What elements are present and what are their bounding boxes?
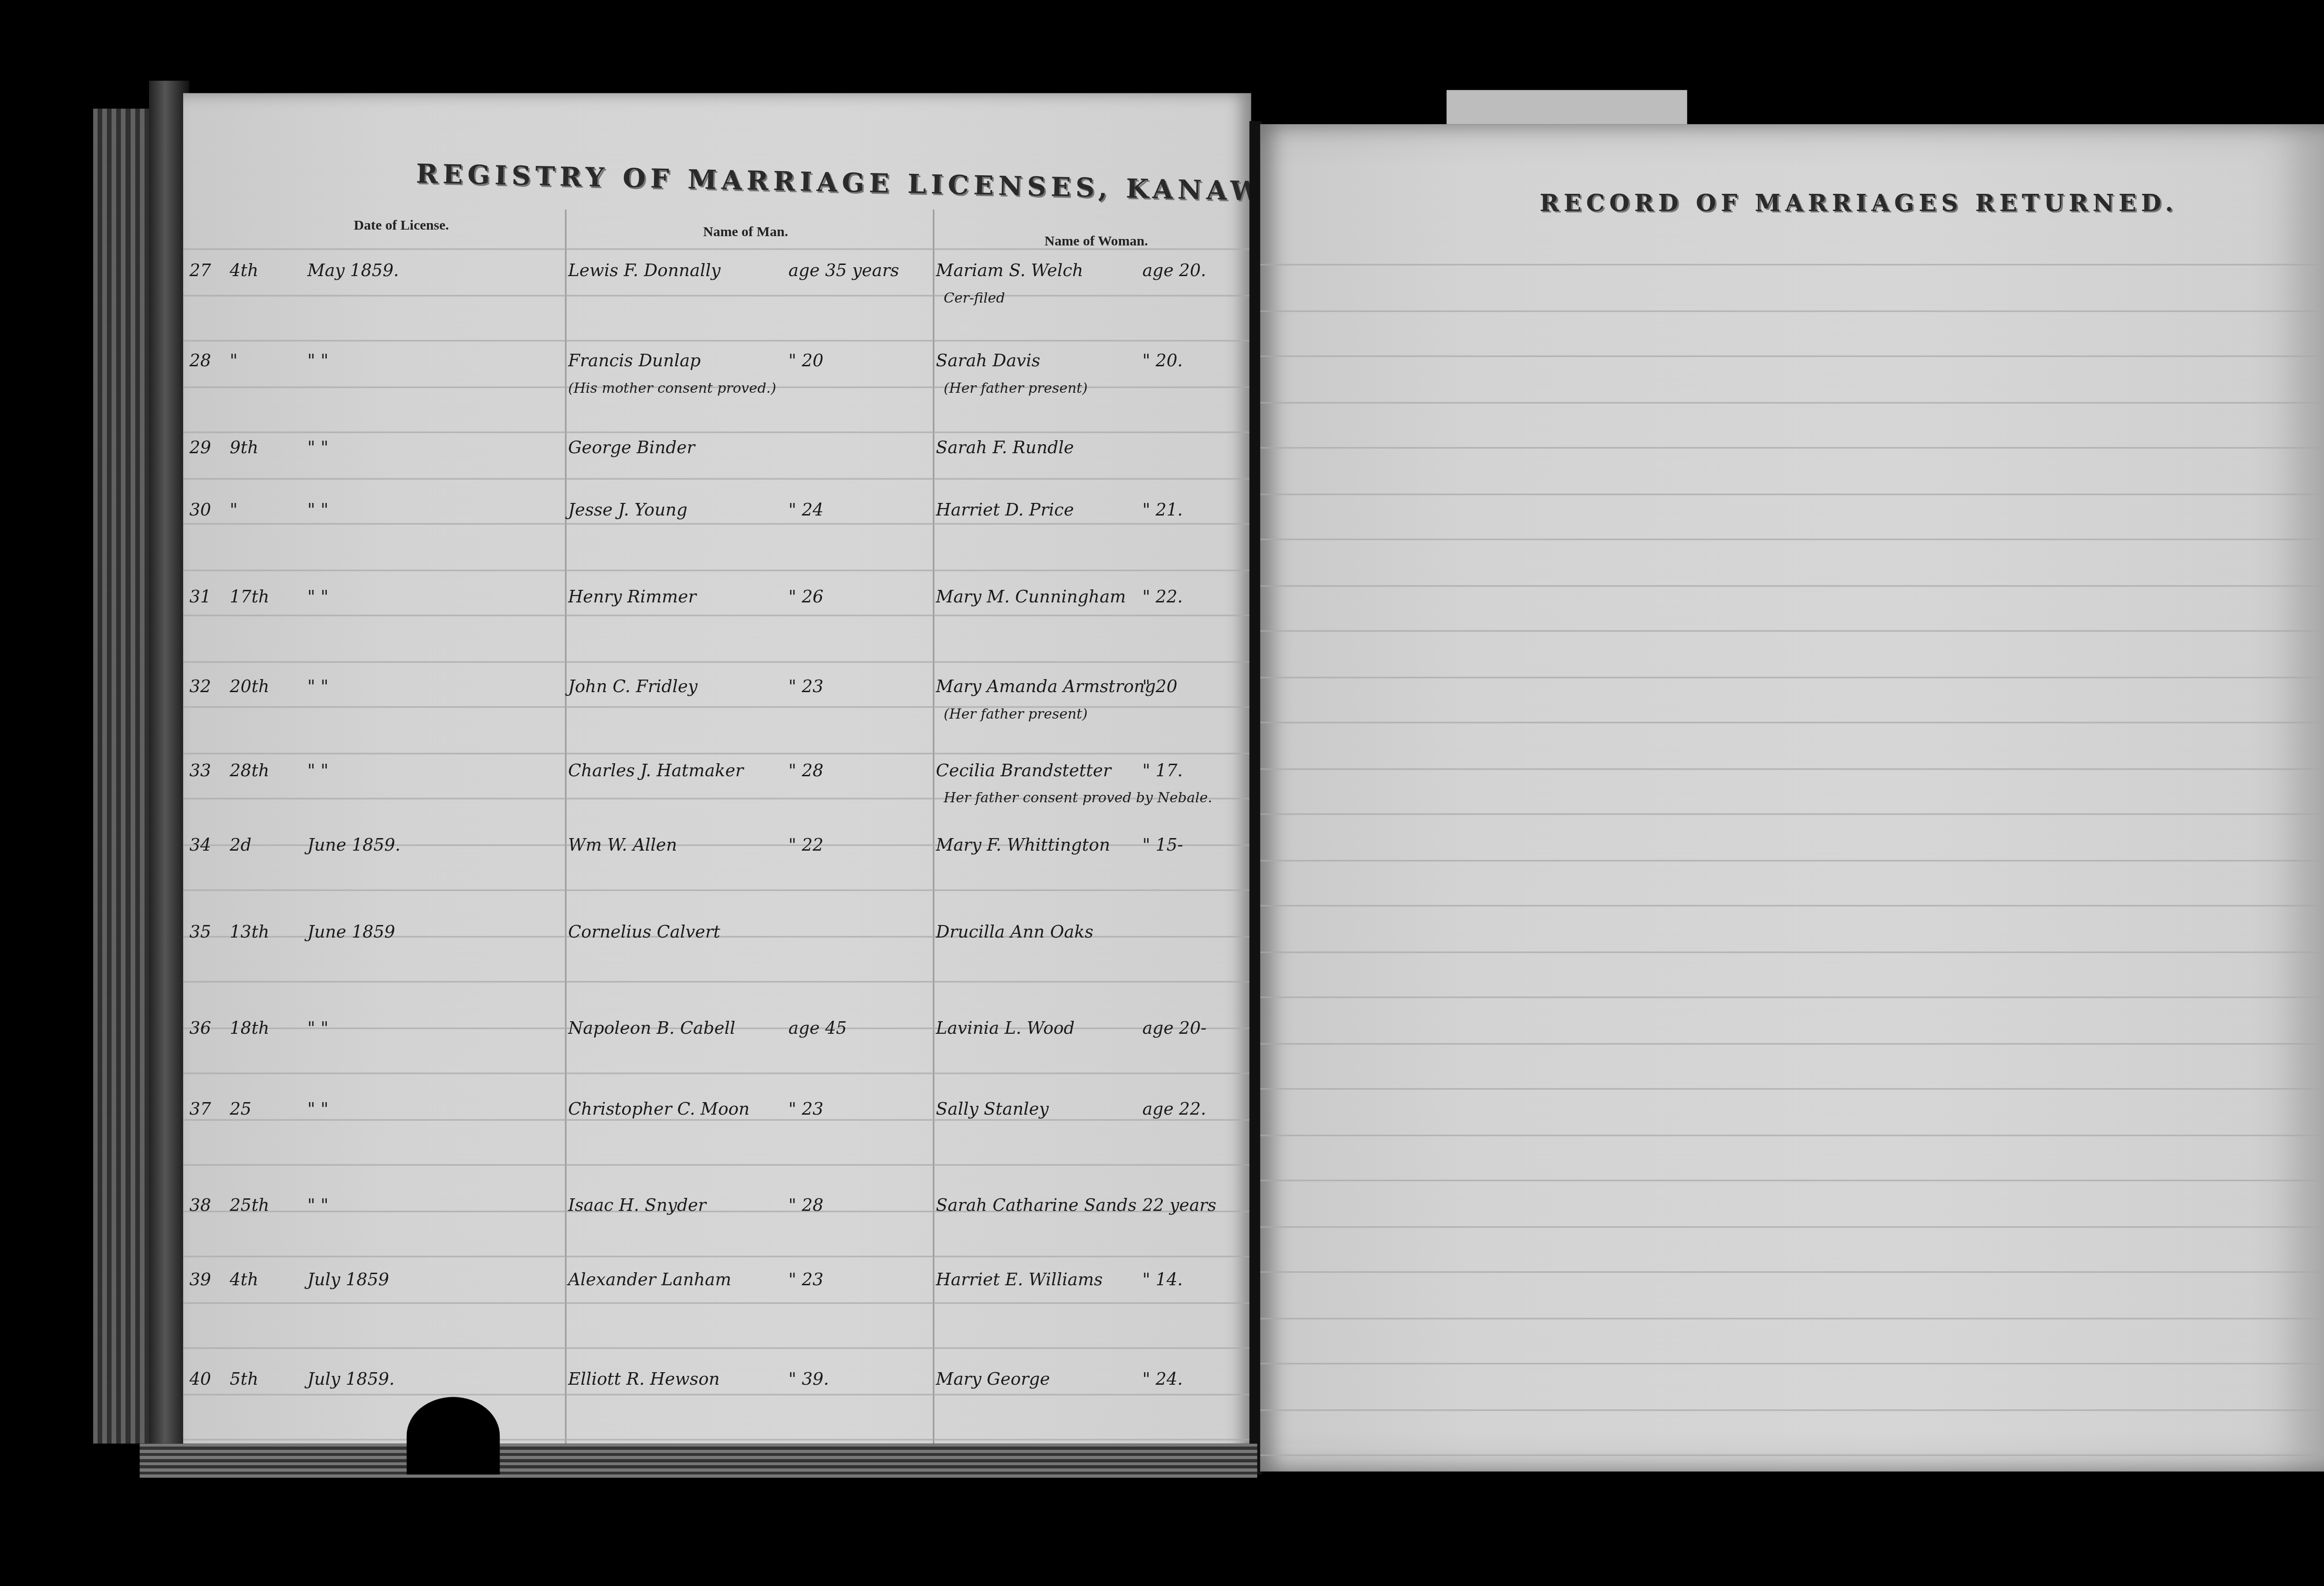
ruled-line — [1261, 1271, 2324, 1273]
entry-number: 37 — [189, 1099, 211, 1119]
thumb-shadow — [407, 1397, 500, 1474]
woman-name: Sarah F. Rundle — [936, 438, 1074, 458]
license-day: 17th — [230, 587, 269, 607]
woman-age: age 20. — [1142, 261, 1206, 281]
ruled-line — [1261, 905, 2324, 906]
woman-name: Mary Amanda Armstrong — [936, 677, 1156, 697]
column-header-man: Name of Man. — [703, 224, 788, 239]
license-day: " — [230, 351, 238, 371]
ruled-line — [1261, 951, 2324, 952]
man-name: Francis Dunlap — [568, 351, 700, 371]
man-age: " 23 — [788, 1270, 823, 1290]
ruled-line — [183, 431, 1251, 433]
woman-age: " 24. — [1142, 1369, 1183, 1389]
book-scan: REGISTRY OF MARRIAGE LICENSES, KANAWHA C… — [0, 0, 2324, 1586]
man-name: Jesse J. Young — [568, 500, 687, 520]
license-month-year: June 1859 — [307, 922, 395, 942]
ruled-line — [1261, 1225, 2324, 1227]
left-page: REGISTRY OF MARRIAGE LICENSES, KANAWHA C… — [183, 93, 1251, 1459]
entry-number: 28 — [189, 351, 211, 371]
ruled-line — [1261, 630, 2324, 632]
man-note: (His mother consent proved.) — [568, 382, 776, 397]
license-month-year: June 1859. — [307, 835, 401, 855]
woman-name: Drucilla Ann Oaks — [936, 922, 1094, 942]
ruled-line — [1261, 722, 2324, 723]
man-name: Wm W. Allen — [568, 835, 677, 855]
woman-note: (Her father present) — [944, 382, 1088, 397]
license-day: 5th — [230, 1369, 258, 1389]
ruled-line — [1261, 813, 2324, 815]
license-month-year: " " — [307, 760, 328, 780]
ruled-line — [1261, 539, 2324, 540]
man-age: " 24 — [788, 500, 823, 520]
license-month-year: July 1859. — [307, 1369, 395, 1389]
woman-age: " 15- — [1142, 835, 1183, 855]
woman-age: " 20 — [1142, 677, 1177, 697]
ruled-line — [183, 1164, 1251, 1165]
ruled-line — [183, 981, 1251, 982]
woman-age: age 22. — [1142, 1099, 1206, 1119]
license-month-year: " " — [307, 677, 328, 697]
woman-age: " 22. — [1142, 587, 1183, 607]
woman-name: Sarah Catharine Sands — [936, 1195, 1137, 1215]
man-name: Henry Rimmer — [568, 587, 696, 607]
man-name: John C. Fridley — [568, 677, 698, 697]
license-month-year: " " — [307, 1018, 328, 1038]
ruled-line — [1261, 1363, 2324, 1364]
man-age: " 26 — [788, 587, 823, 607]
license-month-year: " " — [307, 1099, 328, 1119]
ruled-line — [183, 615, 1251, 616]
ruled-line — [1261, 264, 2324, 265]
woman-age: " 17. — [1142, 760, 1183, 780]
man-name: George Binder — [568, 438, 695, 458]
ruled-line — [1261, 1408, 2324, 1410]
ruled-line — [1261, 447, 2324, 449]
ruled-line — [183, 1256, 1251, 1257]
entry-number: 27 — [189, 261, 211, 281]
ruled-line — [183, 661, 1251, 662]
man-age: age 45 — [788, 1018, 847, 1038]
license-month-year: " " — [307, 438, 328, 458]
license-day: 4th — [230, 261, 258, 281]
man-name: Elliott R. Hewson — [568, 1369, 720, 1389]
paper-tab — [1446, 90, 1687, 124]
woman-name: Harriet D. Price — [936, 500, 1074, 520]
woman-note: Her father consent proved by Nebale. — [944, 792, 1212, 807]
woman-name: Mary M. Cunningham — [936, 587, 1126, 607]
woman-name: Cecilia Brandstetter — [936, 760, 1111, 780]
ruled-line — [1261, 1317, 2324, 1318]
license-day: " — [230, 500, 238, 520]
woman-name: Mary F. Whittington — [936, 835, 1110, 855]
entry-number: 31 — [189, 587, 211, 607]
man-age: " 28 — [788, 760, 823, 780]
ruled-line — [183, 889, 1251, 891]
woman-name: Harriet E. Williams — [936, 1270, 1103, 1290]
woman-name: Sarah Davis — [936, 351, 1041, 371]
ruled-line — [1261, 1180, 2324, 1181]
ruled-line — [183, 569, 1251, 570]
ruled-line — [183, 1393, 1251, 1394]
woman-note: (Her father present) — [944, 708, 1088, 723]
ruled-line — [183, 523, 1251, 524]
entry-number: 30 — [189, 500, 211, 520]
right-page: RECORD OF MARRIAGES RETURNED. — [1261, 124, 2324, 1472]
man-name: Napoleon B. Cabell — [568, 1018, 735, 1038]
entry-number: 33 — [189, 760, 211, 780]
ruled-line — [1261, 310, 2324, 311]
ruled-line — [1261, 401, 2324, 403]
man-name: Charles J. Hatmaker — [568, 760, 743, 780]
entry-number: 40 — [189, 1369, 211, 1389]
license-day: 20th — [230, 677, 269, 697]
man-age: age 35 years — [788, 261, 899, 281]
license-month-year: " " — [307, 587, 328, 607]
page-title: REGISTRY OF MARRIAGE LICENSES, KANAWHA C… — [416, 159, 1251, 213]
man-age: " 23 — [788, 677, 823, 697]
ruled-line — [183, 1072, 1251, 1074]
man-age: " 23 — [788, 1099, 823, 1119]
ruled-line — [1261, 584, 2324, 586]
entry-number: 32 — [189, 677, 211, 697]
entry-number: 35 — [189, 922, 211, 942]
man-age: " 20 — [788, 351, 823, 371]
woman-age: 22 years — [1142, 1195, 1216, 1215]
woman-note: Cer-filed — [944, 292, 1005, 307]
woman-age: " 14. — [1142, 1270, 1183, 1290]
ruled-line — [1261, 356, 2324, 357]
ruled-line — [1261, 1088, 2324, 1090]
man-name: Lewis F. Donnally — [568, 261, 720, 281]
entry-number: 39 — [189, 1270, 211, 1290]
license-day: 13th — [230, 922, 269, 942]
entry-number: 34 — [189, 835, 211, 855]
license-day: 25 — [230, 1099, 251, 1119]
woman-age: " 21. — [1142, 500, 1183, 520]
man-name: Alexander Lanham — [568, 1270, 731, 1290]
license-month-year: " " — [307, 1195, 328, 1215]
man-name: Isaac H. Snyder — [568, 1195, 706, 1215]
license-day: 18th — [230, 1018, 269, 1038]
ruled-line — [1261, 859, 2324, 860]
woman-age: " 20. — [1142, 351, 1183, 371]
woman-age: age 20- — [1142, 1018, 1207, 1038]
ruled-line — [1261, 493, 2324, 494]
ruled-line — [183, 1302, 1251, 1303]
column-header-date: Date of License. — [354, 218, 449, 233]
license-day: 28th — [230, 760, 269, 780]
ruled-line — [1261, 1454, 2324, 1456]
man-age: " 22 — [788, 835, 823, 855]
man-age: " 39. — [788, 1369, 829, 1389]
man-age: " 28 — [788, 1195, 823, 1215]
ruled-line — [1261, 676, 2324, 677]
page-stack-edge — [140, 1444, 1257, 1478]
license-day: 25th — [230, 1195, 269, 1215]
license-day: 4th — [230, 1270, 258, 1290]
ruled-line — [183, 294, 1251, 296]
ruled-line — [1261, 997, 2324, 998]
ruled-line — [183, 706, 1251, 707]
woman-name: Sally Stanley — [936, 1099, 1049, 1119]
ruled-line — [183, 477, 1251, 479]
woman-name: Mariam S. Welch — [936, 261, 1083, 281]
license-month-year: " " — [307, 351, 328, 371]
ruled-line — [1261, 767, 2324, 769]
ruled-line — [1261, 1134, 2324, 1135]
ruled-line — [183, 340, 1251, 341]
man-name: Christopher C. Moon — [568, 1099, 750, 1119]
woman-name: Mary George — [936, 1369, 1050, 1389]
column-header-woman: Name of Woman. — [1044, 233, 1148, 248]
woman-name: Lavinia L. Wood — [936, 1018, 1075, 1038]
man-name: Cornelius Calvert — [568, 922, 720, 942]
license-day: 9th — [230, 438, 258, 458]
ruled-line — [183, 1348, 1251, 1349]
license-day: 2d — [230, 835, 251, 855]
ruled-line — [183, 1439, 1251, 1441]
license-month-year: " " — [307, 500, 328, 520]
ruled-line — [183, 752, 1251, 753]
license-month-year: July 1859 — [307, 1270, 389, 1290]
page-title: RECORD OF MARRIAGES RETURNED. — [1540, 189, 2178, 217]
entry-number: 36 — [189, 1018, 211, 1038]
ruled-line — [183, 248, 1251, 250]
entry-number: 38 — [189, 1195, 211, 1215]
entry-number: 29 — [189, 438, 211, 458]
ruled-line — [1261, 1042, 2324, 1044]
license-month-year: May 1859. — [307, 261, 399, 281]
